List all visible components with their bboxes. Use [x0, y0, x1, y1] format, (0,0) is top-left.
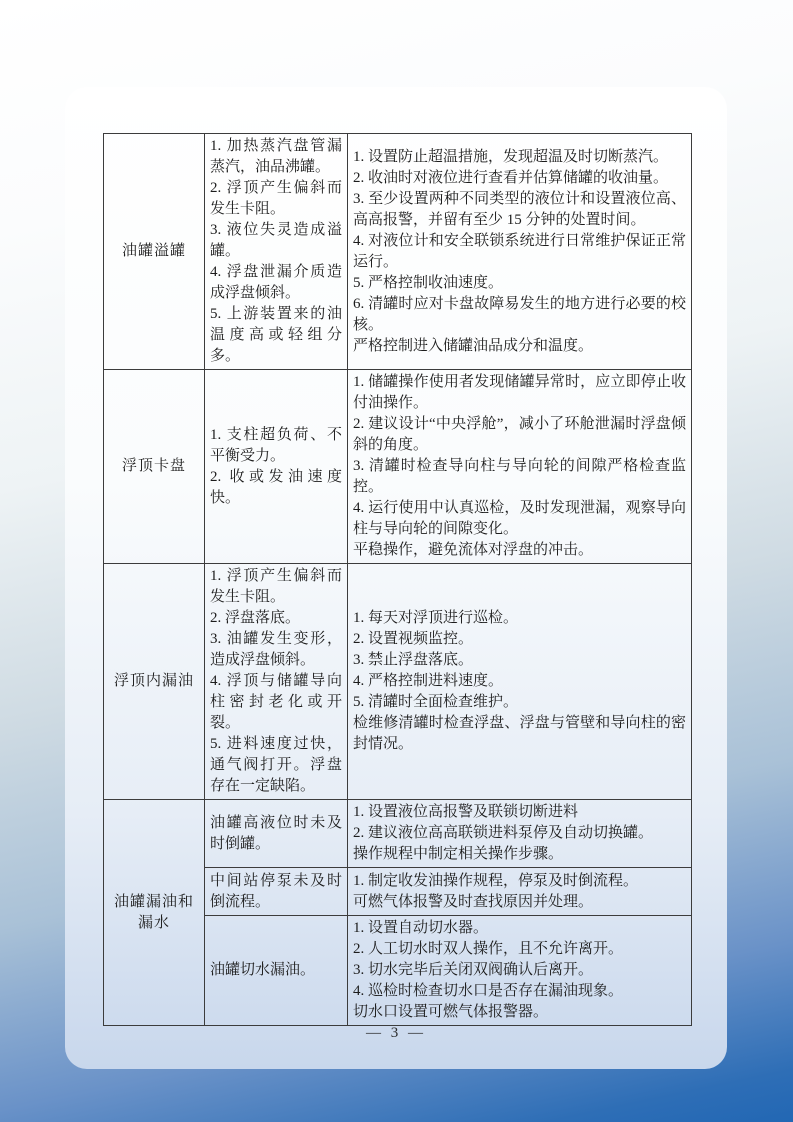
list-item: 3. 清罐时检查导向柱与导向轮的间隙严格检查监控。 — [353, 456, 686, 498]
list-item: 2. 建议设计“中央浮舱”，减小了环舱泄漏时浮盘倾斜的角度。 — [353, 414, 686, 456]
list-item: 2. 建议液位高高联锁进料泵停及自动切换罐。 — [353, 823, 686, 844]
table-row-tank-overflow: 油罐溢罐 1. 加热蒸汽盘管漏蒸汽，油品沸罐。2. 浮顶产生偏斜而发生卡阻。3.… — [104, 134, 692, 370]
cause-text-water-drain: 油罐切水漏油。 — [210, 960, 342, 981]
cause-text-high-level: 油罐高液位时未及时倒罐。 — [210, 813, 342, 855]
list-item: 4. 严格控制进料速度。 — [353, 671, 686, 692]
list-item: 3. 油罐发生变形，造成浮盘倾斜。 — [210, 629, 342, 671]
measures-cell-pump-stop: 1. 制定收发油操作规程，停泵及时倒流程。可燃气体报警及时查找原因并处理。 — [348, 868, 692, 916]
list-item: 2. 收油时对液位进行查看并估算储罐的收油量。 — [353, 168, 686, 189]
list-item: 操作规程中制定相关操作步骤。 — [353, 844, 686, 865]
list-item: 4. 对液位计和安全联锁系统进行日常维护保证正常运行。 — [353, 231, 686, 273]
list-item: 3. 切水完毕后关闭双阀确认后离开。 — [353, 960, 686, 981]
list-item: 2. 收或发油速度快。 — [210, 467, 342, 509]
measures-cell-tank-overflow: 1. 设置防止超温措施，发现超温及时切断蒸汽。2. 收油时对液位进行查看并估算储… — [348, 134, 692, 370]
list-item: 1. 浮顶产生偏斜而发生卡阻。 — [210, 566, 342, 608]
measures-cell-roof-inner-leak: 1. 每天对浮顶进行巡检。2. 设置视频监控。3. 禁止浮盘落底。4. 严格控制… — [348, 564, 692, 800]
list-item: 2. 浮盘落底。 — [210, 608, 342, 629]
page-background: 油罐溢罐 1. 加热蒸汽盘管漏蒸汽，油品沸罐。2. 浮顶产生偏斜而发生卡阻。3.… — [0, 0, 793, 1122]
category-cell-tank-overflow: 油罐溢罐 — [104, 134, 205, 370]
list-item: 1. 设置液位高报警及联锁切断进料 — [353, 802, 686, 823]
list-item: 5. 清罐时全面检查维护。 — [353, 692, 686, 713]
list-item: 4. 浮顶与储罐导向柱密封老化或开裂。 — [210, 671, 342, 734]
list-item: 1. 制定收发油操作规程，停泵及时倒流程。 — [353, 871, 686, 892]
list-item: 1. 加热蒸汽盘管漏蒸汽，油品沸罐。 — [210, 136, 342, 178]
list-item: 1. 储罐操作使用者发现储罐异常时，应立即停止收付油操作。 — [353, 372, 686, 414]
list-item: 5. 严格控制收油速度。 — [353, 273, 686, 294]
cause-cell-pump-stop: 中间站停泵未及时倒流程。 — [205, 868, 348, 916]
table-row-roof-inner-leak: 浮顶内漏油 1. 浮顶产生偏斜而发生卡阻。2. 浮盘落底。3. 油罐发生变形，造… — [104, 564, 692, 800]
list-item: 切水口设置可燃气体报警器。 — [353, 1002, 686, 1023]
document-sheet: 油罐溢罐 1. 加热蒸汽盘管漏蒸汽，油品沸罐。2. 浮顶产生偏斜而发生卡阻。3.… — [65, 87, 727, 1069]
list-item: 1. 每天对浮顶进行巡检。 — [353, 608, 686, 629]
list-item: 1. 支柱超负荷、不平衡受力。 — [210, 425, 342, 467]
risk-measures-table: 油罐溢罐 1. 加热蒸汽盘管漏蒸汽，油品沸罐。2. 浮顶产生偏斜而发生卡阻。3.… — [103, 133, 692, 1026]
list-item: 4. 巡检时检查切水口是否存在漏油现象。 — [353, 981, 686, 1002]
list-item: 2. 人工切水时双人操作，且不允许离开。 — [353, 939, 686, 960]
cause-text-pump-stop: 中间站停泵未及时倒流程。 — [210, 871, 342, 913]
list-item: 1. 设置防止超温措施，发现超温及时切断蒸汽。 — [353, 147, 686, 168]
cause-cell-water-drain: 油罐切水漏油。 — [205, 916, 348, 1026]
category-cell-oil-water-leak: 油罐漏油和 漏水 — [104, 800, 205, 1026]
table-row-roof-jam: 浮顶卡盘 1. 支柱超负荷、不平衡受力。2. 收或发油速度快。 1. 储罐操作使… — [104, 370, 692, 564]
list-item: 5. 进料速度过快，通气阀打开。浮盘存在一定缺陷。 — [210, 734, 342, 797]
category-cell-roof-jam: 浮顶卡盘 — [104, 370, 205, 564]
causes-cell-tank-overflow: 1. 加热蒸汽盘管漏蒸汽，油品沸罐。2. 浮顶产生偏斜而发生卡阻。3. 液位失灵… — [205, 134, 348, 370]
list-item: 严格控制进入储罐油品成分和温度。 — [353, 336, 686, 357]
measures-cell-high-level: 1. 设置液位高报警及联锁切断进料2. 建议液位高高联锁进料泵停及自动切换罐。操… — [348, 800, 692, 868]
measures-cell-roof-jam: 1. 储罐操作使用者发现储罐异常时，应立即停止收付油操作。2. 建议设计“中央浮… — [348, 370, 692, 564]
list-item: 3. 禁止浮盘落底。 — [353, 650, 686, 671]
cause-cell-high-level: 油罐高液位时未及时倒罐。 — [205, 800, 348, 868]
list-item: 2. 设置视频监控。 — [353, 629, 686, 650]
list-item: 4. 浮盘泄漏介质造成浮盘倾斜。 — [210, 262, 342, 304]
category-cell-roof-inner-leak: 浮顶内漏油 — [104, 564, 205, 800]
list-item: 2. 浮顶产生偏斜而发生卡阻。 — [210, 178, 342, 220]
table-row-oil-water-leak-1: 油罐漏油和 漏水 油罐高液位时未及时倒罐。 1. 设置液位高报警及联锁切断进料2… — [104, 800, 692, 868]
causes-cell-roof-inner-leak: 1. 浮顶产生偏斜而发生卡阻。2. 浮盘落底。3. 油罐发生变形，造成浮盘倾斜。… — [205, 564, 348, 800]
list-item: 1. 设置自动切水器。 — [353, 918, 686, 939]
list-item: 检维修清罐时检查浮盘、浮盘与管壁和导向柱的密封情况。 — [353, 713, 686, 755]
list-item: 6. 清罐时应对卡盘故障易发生的地方进行必要的校核。 — [353, 294, 686, 336]
list-item: 4. 运行使用中认真巡检，及时发现泄漏，观察导向柱与导向轮的间隙变化。 — [353, 498, 686, 540]
page-number: — 3 — — [65, 1025, 727, 1042]
measures-cell-water-drain: 1. 设置自动切水器。2. 人工切水时双人操作，且不允许离开。3. 切水完毕后关… — [348, 916, 692, 1026]
list-item: 5. 上游装置来的油温度高或轻组分多。 — [210, 304, 342, 367]
causes-cell-roof-jam: 1. 支柱超负荷、不平衡受力。2. 收或发油速度快。 — [205, 370, 348, 564]
list-item: 平稳操作，避免流体对浮盘的冲击。 — [353, 540, 686, 561]
list-item: 可燃气体报警及时查找原因并处理。 — [353, 892, 686, 913]
list-item: 3. 液位失灵造成溢罐。 — [210, 220, 342, 262]
list-item: 3. 至少设置两种不同类型的液位计和设置液位高、高高报警，并留有至少 15 分钟… — [353, 189, 686, 231]
